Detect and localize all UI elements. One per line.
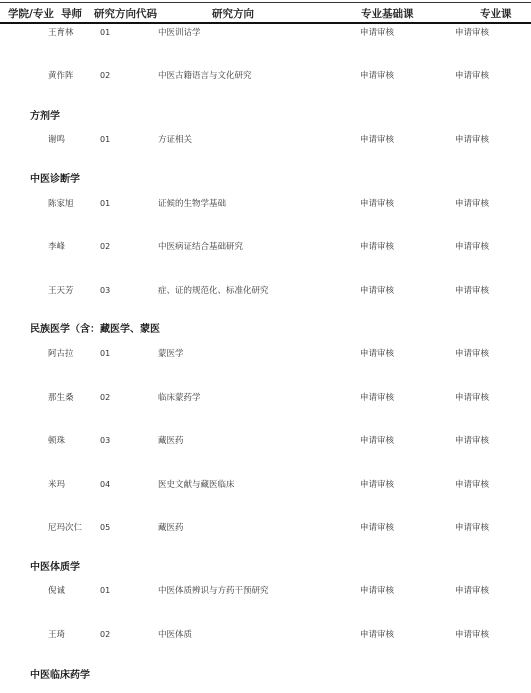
advisor-name: 谢鸣 [48, 134, 65, 146]
header-direction-code: 研究方向代码 [94, 7, 157, 21]
department-heading: 方剂学 [30, 111, 60, 123]
advisor-name: 那生桑 [48, 392, 74, 404]
direction-code: 02 [100, 241, 110, 253]
research-direction: 症、证的规范化、标准化研究 [158, 285, 269, 297]
basic-course: 申请审核 [360, 479, 394, 491]
research-direction: 蒙医学 [158, 348, 184, 360]
direction-code: 01 [100, 348, 110, 360]
basic-course: 申请审核 [360, 585, 394, 597]
research-direction: 中医体质 [158, 629, 192, 641]
research-direction: 证候的生物学基础 [158, 198, 226, 210]
basic-course: 申请审核 [360, 70, 394, 82]
direction-code: 02 [100, 629, 110, 641]
basic-course: 申请审核 [360, 629, 394, 641]
direction-code: 01 [100, 585, 110, 597]
header-basic-course: 专业基础课 [361, 7, 414, 21]
advisor-name: 李峰 [48, 241, 65, 253]
basic-course: 申请审核 [360, 522, 394, 534]
research-direction: 中医体质辨识与方药干预研究 [158, 585, 269, 597]
department-heading: 中医诊断学 [30, 174, 80, 186]
advisor-name: 米玛 [48, 479, 65, 491]
advisor-name: 尼玛次仁 [48, 522, 82, 534]
basic-course: 申请审核 [360, 27, 394, 39]
major-course: 申请审核 [455, 241, 489, 253]
advisor-name: 王琦 [48, 629, 65, 641]
major-course: 申请审核 [455, 27, 489, 39]
major-course: 申请审核 [455, 348, 489, 360]
research-direction: 藏医药 [158, 435, 184, 447]
header-direction: 研究方向 [212, 7, 254, 21]
department-heading: 中医体质学 [30, 562, 80, 574]
major-course: 申请审核 [455, 285, 489, 297]
major-course: 申请审核 [455, 392, 489, 404]
department-heading: 中医临床药学 [30, 670, 90, 682]
major-course: 申请审核 [455, 522, 489, 534]
direction-code: 01 [100, 27, 110, 39]
header-advisor: 导师 [61, 7, 82, 21]
direction-code: 03 [100, 285, 110, 297]
direction-code: 02 [100, 70, 110, 82]
advisor-name: 王育林 [48, 27, 74, 39]
advisor-name: 阿古拉 [48, 348, 74, 360]
research-direction: 方证相关 [158, 134, 192, 146]
major-course: 申请审核 [455, 134, 489, 146]
basic-course: 申请审核 [360, 392, 394, 404]
header-college-major: 学院/专业 [8, 7, 54, 21]
basic-course: 申请审核 [360, 285, 394, 297]
top-rule [0, 2, 531, 3]
research-direction: 医史文献与藏医临床 [158, 479, 235, 491]
research-direction: 藏医药 [158, 522, 184, 534]
header-major-course: 专业课 [480, 7, 512, 21]
advisor-name: 顿珠 [48, 435, 65, 447]
advisor-name: 王天芳 [48, 285, 74, 297]
direction-code: 05 [100, 522, 110, 534]
basic-course: 申请审核 [360, 241, 394, 253]
advisor-name: 黄作阵 [48, 70, 74, 82]
major-course: 申请审核 [455, 479, 489, 491]
research-direction: 中医病证结合基础研究 [158, 241, 243, 253]
research-direction: 中医训诂学 [158, 27, 201, 39]
advisor-name: 陈家旭 [48, 198, 74, 210]
major-course: 申请审核 [455, 585, 489, 597]
department-heading: 民族医学（含：藏医学、蒙医 [30, 324, 160, 336]
basic-course: 申请审核 [360, 198, 394, 210]
basic-course: 申请审核 [360, 134, 394, 146]
advisor-name: 倪诚 [48, 585, 65, 597]
basic-course: 申请审核 [360, 348, 394, 360]
direction-code: 02 [100, 392, 110, 404]
direction-code: 04 [100, 479, 110, 491]
major-course: 申请审核 [455, 629, 489, 641]
research-direction: 中医古籍语言与文化研究 [158, 70, 252, 82]
research-direction: 临床蒙药学 [158, 392, 201, 404]
direction-code: 03 [100, 435, 110, 447]
major-course: 申请审核 [455, 435, 489, 447]
major-course: 申请审核 [455, 70, 489, 82]
direction-code: 01 [100, 198, 110, 210]
basic-course: 申请审核 [360, 435, 394, 447]
direction-code: 01 [100, 134, 110, 146]
major-course: 申请审核 [455, 198, 489, 210]
header-rule [0, 22, 531, 24]
